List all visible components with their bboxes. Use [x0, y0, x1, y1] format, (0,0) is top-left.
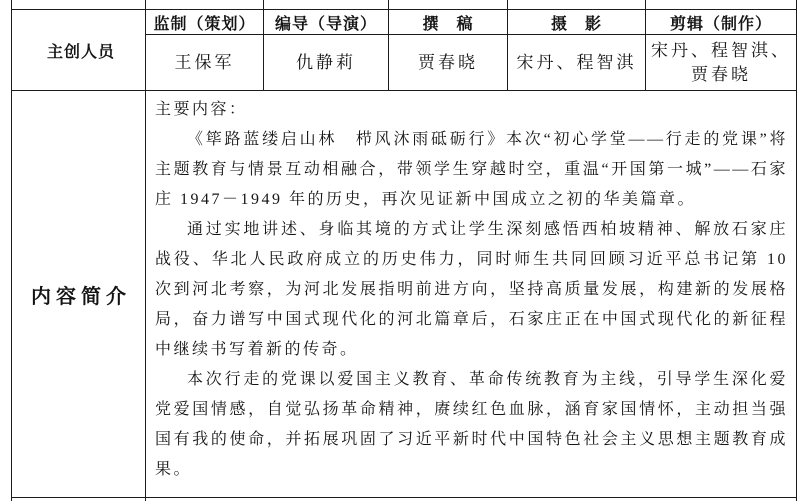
- cropped-cell: [12, 0, 146, 10]
- synopsis-paragraph-2: 通过实地讲述、身临其境的方式让学生深刻感悟西柏坡精神、解放石家庄战役、华北人民政…: [155, 215, 788, 365]
- row-label-creators: 主创人员: [12, 10, 146, 91]
- column-header-director: 编导（导演）: [264, 10, 389, 35]
- synopsis-cell: 主要内容： 《筚路蓝缕启山林 栉风沐雨砥砺行》本次“初心学堂——行走的党课”将主…: [146, 91, 797, 498]
- creator-name-producer: 王保军: [146, 35, 264, 91]
- column-header-photography: 摄 影: [508, 10, 646, 35]
- program-info-table: 主创人员 监制（策划） 编导（导演） 撰 稿 摄 影 剪辑（制作） 王保军 仇静…: [11, 0, 797, 501]
- document-page: 主创人员 监制（策划） 编导（导演） 撰 稿 摄 影 剪辑（制作） 王保军 仇静…: [0, 0, 809, 501]
- synopsis-paragraph-3: 本次行走的党课以爱国主义教育、革命传统教育为主线，引导学生深化爱党爱国情感，自觉…: [155, 365, 788, 485]
- cropped-row-top: [12, 0, 797, 10]
- cropped-cell: [146, 0, 264, 10]
- creator-name-photography: 宋丹、程智淇: [508, 35, 646, 91]
- cropped-row-bottom: [12, 498, 797, 501]
- column-header-producer: 监制（策划）: [146, 10, 264, 35]
- column-header-editing: 剪辑（制作）: [646, 10, 797, 35]
- creators-header-row: 主创人员 监制（策划） 编导（导演） 撰 稿 摄 影 剪辑（制作）: [12, 10, 797, 35]
- cropped-cell: [508, 0, 646, 10]
- cropped-cell: [146, 498, 797, 501]
- creator-name-director: 仇静莉: [264, 35, 389, 91]
- cropped-cell: [646, 0, 797, 10]
- synopsis-paragraph-1: 《筚路蓝缕启山林 栉风沐雨砥砺行》本次“初心学堂——行走的党课”将主题教育与情景…: [155, 125, 788, 215]
- cropped-cell: [264, 0, 389, 10]
- synopsis-heading: 主要内容：: [155, 95, 788, 125]
- column-header-writer: 撰 稿: [389, 10, 508, 35]
- creator-name-editing: 宋丹、程智淇、贾春晓: [646, 35, 797, 91]
- cropped-cell: [12, 498, 146, 501]
- row-label-synopsis: 内容简介: [12, 91, 146, 498]
- creator-name-writer: 贾春晓: [389, 35, 508, 91]
- synopsis-row: 内容简介 主要内容： 《筚路蓝缕启山林 栉风沐雨砥砺行》本次“初心学堂——行走的…: [12, 91, 797, 498]
- cropped-cell: [389, 0, 508, 10]
